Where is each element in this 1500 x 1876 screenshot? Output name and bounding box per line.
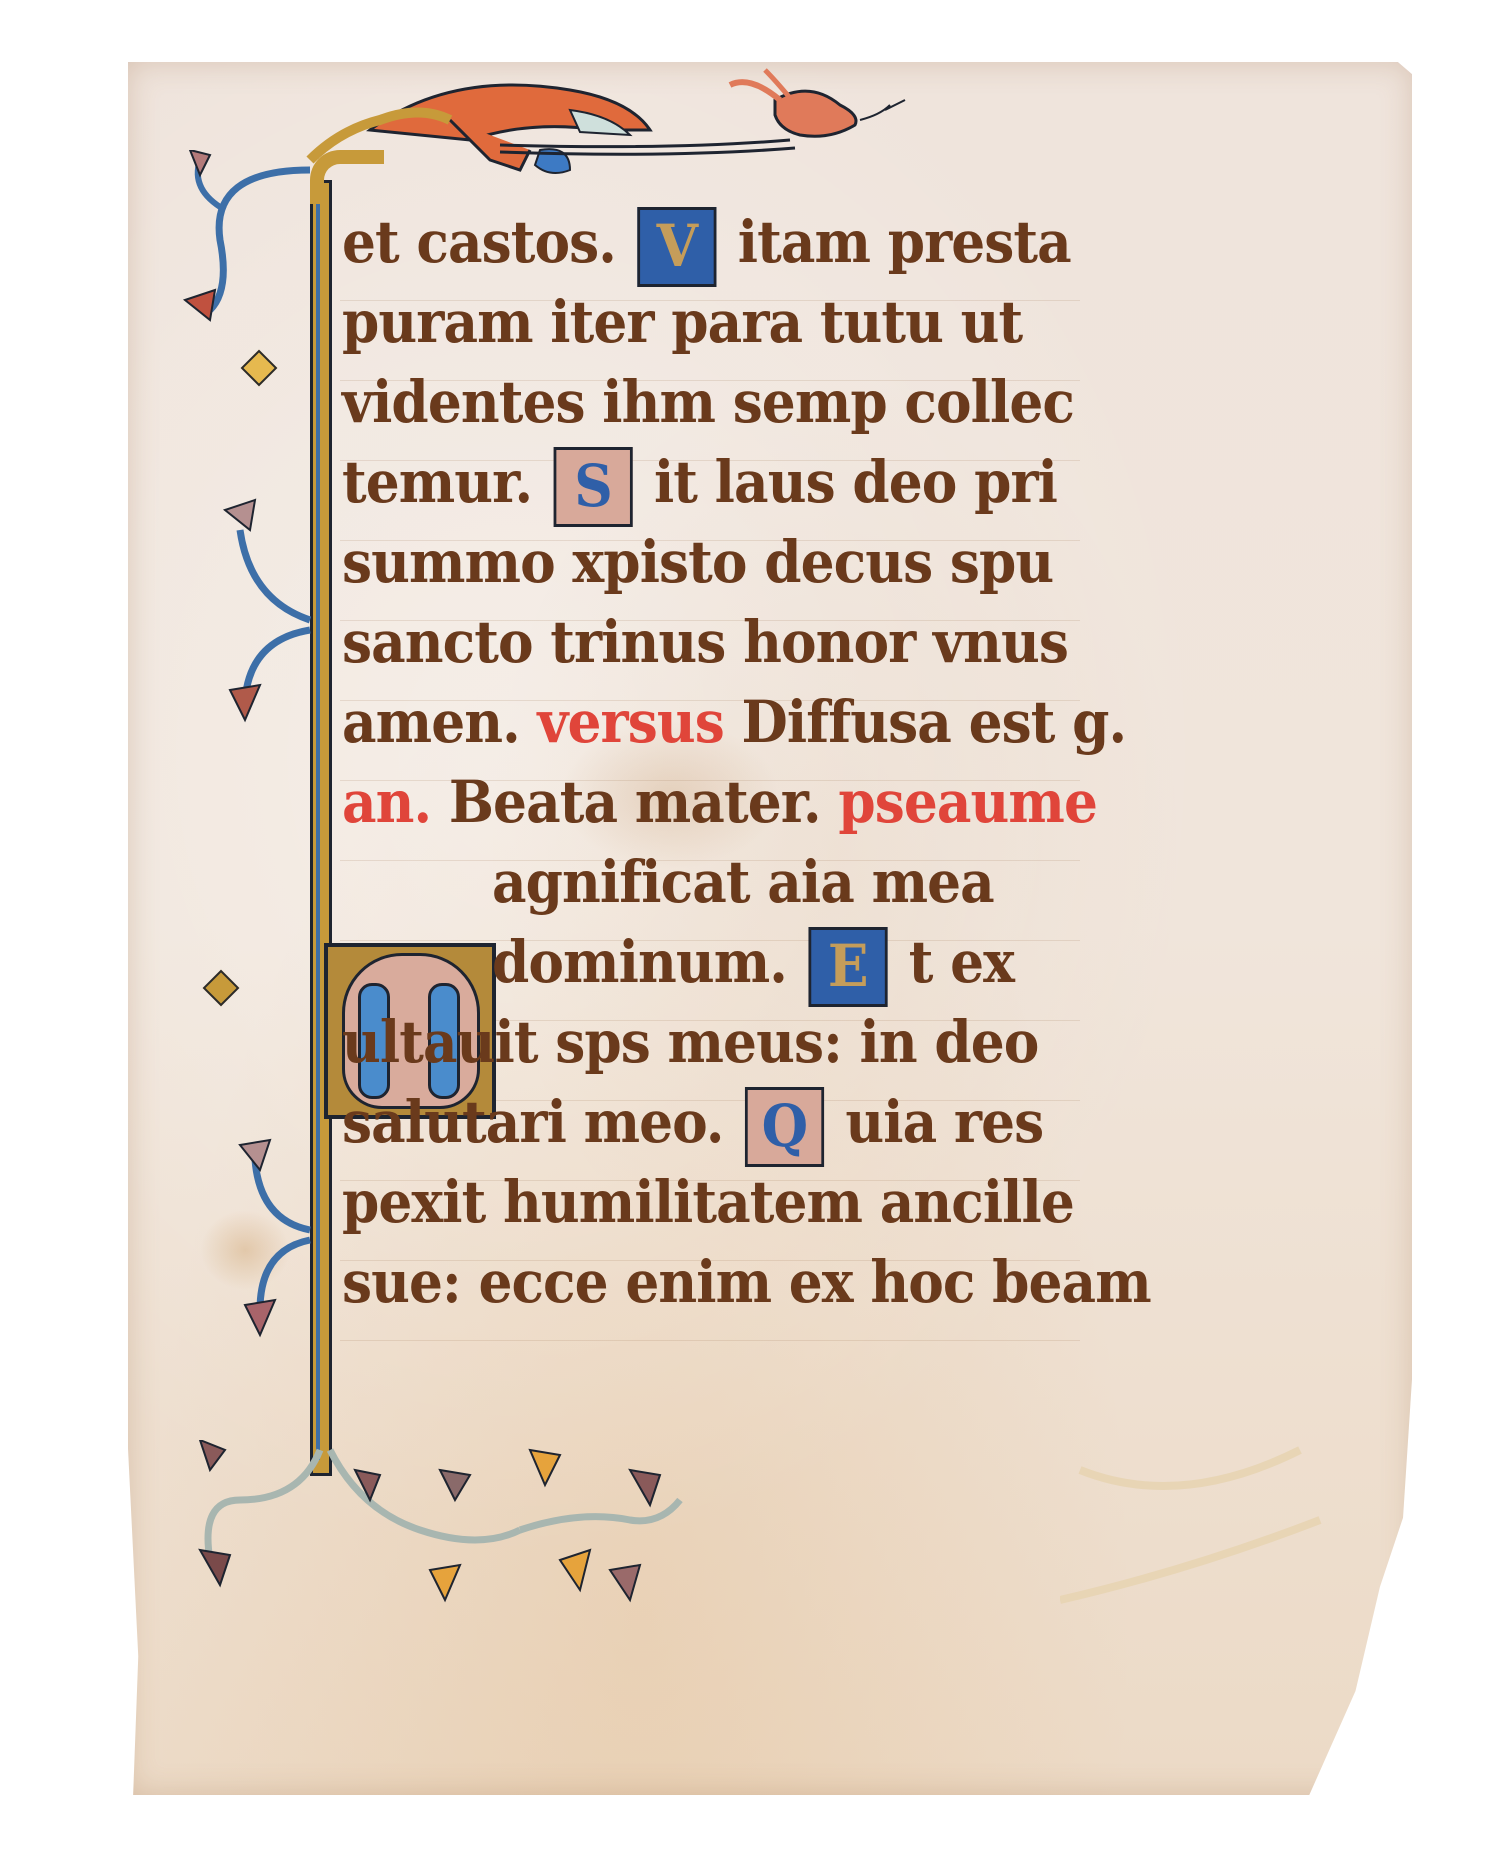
text-segment: Beata mater.: [449, 762, 821, 842]
text-segment: amen.: [342, 682, 520, 762]
ivy-vine-left-lower: [180, 1130, 330, 1350]
illuminated-initial-s: S: [553, 447, 632, 527]
text-segment: pexit humilitatem ancille: [342, 1162, 1074, 1242]
text-segment: et castos.: [342, 202, 616, 282]
text-segment: Diffusa est g.: [742, 682, 1127, 762]
text-line-11: ultauit sps meus: in deo: [342, 1002, 1038, 1082]
text-segment: temur.: [342, 442, 532, 522]
ivy-vine-top-left: [170, 150, 330, 330]
text-segment: videntes ihm semp collec: [342, 362, 1074, 442]
text-segment: ultauit sps meus: in deo: [342, 1002, 1038, 1082]
text-segment: itam presta: [738, 202, 1071, 282]
illuminated-initial-e: E: [808, 927, 887, 1007]
text-line-9: agnificat aia mea: [492, 842, 994, 922]
text-segment: sancto trinus honor vnus: [342, 602, 1068, 682]
fold-crease-lines: [1060, 1430, 1360, 1640]
text-segment: sue: ecce enim ex hoc beam: [342, 1242, 1151, 1322]
illuminated-initial-v: V: [637, 207, 716, 287]
text-line-10: dominum. E t ex: [492, 922, 1014, 1002]
text-line-5: summo xpisto decus spu: [342, 522, 1053, 602]
illuminated-initial-q: Q: [745, 1087, 824, 1167]
rubric-text: an.: [342, 762, 431, 842]
text-line-3: videntes ihm semp collec: [342, 362, 1074, 442]
ivy-spray-foot: [180, 1440, 740, 1610]
text-segment: it laus deo pri: [654, 442, 1057, 522]
rubric-text: versus: [537, 682, 723, 762]
text-segment: agnificat aia mea: [492, 842, 994, 922]
text-line-6: sancto trinus honor vnus: [342, 602, 1068, 682]
text-line-4: temur. S it laus deo pri: [342, 442, 1057, 522]
ivy-vine-left-middle: [180, 470, 330, 730]
text-line-2: puram iter para tutu ut: [342, 282, 1022, 362]
text-line-14: sue: ecce enim ex hoc beam: [342, 1242, 1151, 1322]
text-line-1: et castos. V itam presta: [342, 202, 1071, 282]
text-segment: t ex: [909, 922, 1014, 1002]
text-line-8: an. Beata mater. pseaume: [342, 762, 1097, 842]
text-line-12: salutari meo. Q uia res: [342, 1082, 1043, 1162]
text-segment: salutari meo.: [342, 1082, 724, 1162]
text-line-13: pexit humilitatem ancille: [342, 1162, 1074, 1242]
text-segment: uia res: [845, 1082, 1043, 1162]
text-segment: summo xpisto decus spu: [342, 522, 1053, 602]
rubric-text: pseaume: [838, 762, 1097, 842]
dragon-grotesque: [270, 60, 970, 190]
text-segment: puram iter para tutu ut: [342, 282, 1022, 362]
text-segment: dominum.: [492, 922, 787, 1002]
text-line-7: amen. versus Diffusa est g.: [342, 682, 1126, 762]
